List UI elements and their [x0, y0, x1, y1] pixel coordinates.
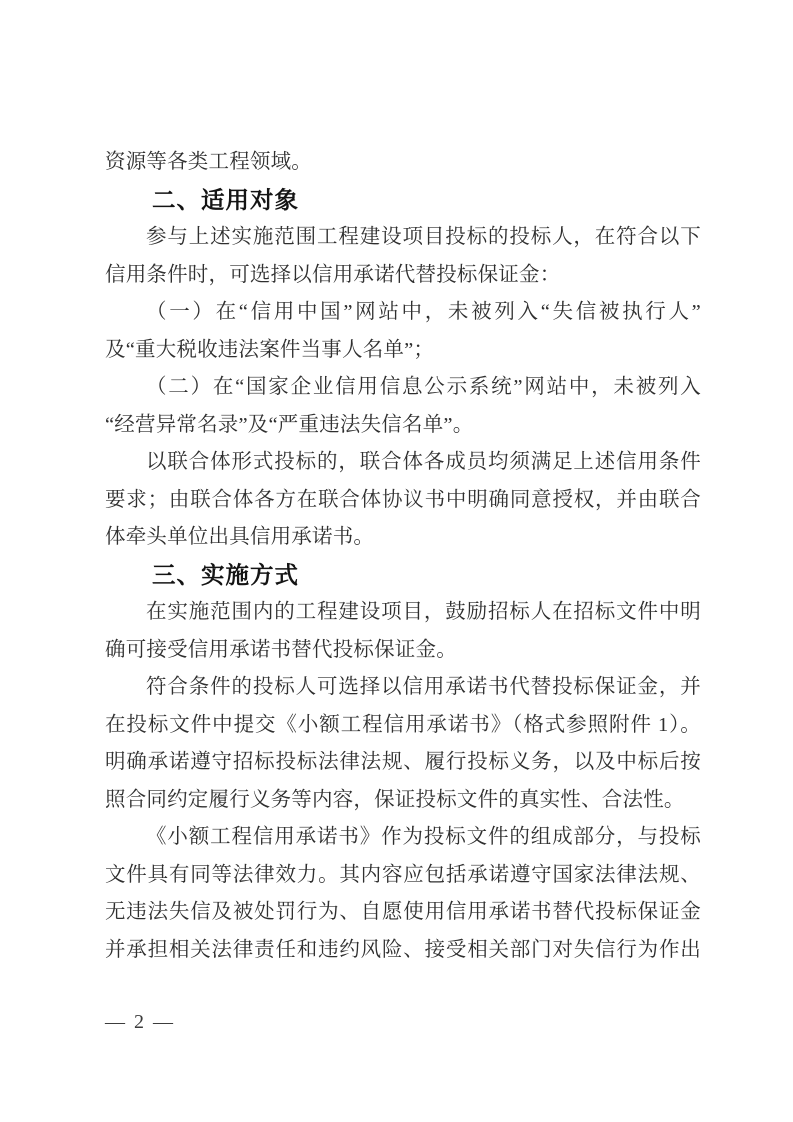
text-line: 符合条件的投标人可选择以信用承诺书代替投标保证金，并: [105, 669, 701, 707]
text-line: 要求；由联合体各方在联合体协议书中明确同意授权，并由联合: [105, 482, 701, 520]
text-line: 参与上述实施范围工程建设项目投标的投标人，在符合以下: [105, 219, 701, 257]
paragraph: 资源等各类工程领域。: [105, 144, 701, 182]
paragraph: 以联合体形式投标的，联合体各成员均须满足上述信用条件要求；由联合体各方在联合体协…: [105, 444, 701, 557]
text-line: 无违法失信及被处罚行为、自愿使用信用承诺书替代投标保证金: [105, 894, 701, 932]
paragraph: 参与上述实施范围工程建设项目投标的投标人，在符合以下信用条件时，可选择以信用承诺…: [105, 219, 701, 294]
text-line: 明确承诺遵守招标投标法律法规、履行投标义务，以及中标后按: [105, 744, 701, 782]
text-line: 以联合体形式投标的，联合体各成员均须满足上述信用条件: [105, 444, 701, 482]
text-line: （二）在“国家企业信用信息公示系统”网站中，未被列入: [105, 369, 701, 407]
document-page: 资源等各类工程领域。二、适用对象参与上述实施范围工程建设项目投标的投标人，在符合…: [0, 0, 793, 1122]
paragraph: （二）在“国家企业信用信息公示系统”网站中，未被列入“经营异常名录”及“严重违法…: [105, 369, 701, 444]
text-line: 体牵头单位出具信用承诺书。: [105, 519, 701, 557]
text-line: 在投标文件中提交《小额工程信用承诺书》（格式参照附件 1）。: [105, 707, 701, 745]
page-number: — 2 —: [105, 1006, 175, 1038]
text-line: 信用条件时，可选择以信用承诺代替投标保证金：: [105, 257, 701, 295]
document-body: 资源等各类工程领域。二、适用对象参与上述实施范围工程建设项目投标的投标人，在符合…: [105, 144, 701, 969]
section-heading: 三、实施方式: [105, 557, 701, 595]
section-heading: 二、适用对象: [105, 182, 701, 220]
text-line: 资源等各类工程领域。: [105, 144, 701, 182]
text-line: 并承担相关法律责任和违约风险、接受相关部门对失信行为作出: [105, 932, 701, 970]
text-line: （一）在“信用中国”网站中，未被列入“失信被执行人”: [105, 294, 701, 332]
paragraph: 《小额工程信用承诺书》作为投标文件的组成部分，与投标文件具有同等法律效力。其内容…: [105, 819, 701, 969]
text-line: 及“重大税收违法案件当事人名单”；: [105, 332, 701, 370]
text-line: 照合同约定履行义务等内容，保证投标文件的真实性、合法性。: [105, 782, 701, 820]
paragraph: 在实施范围内的工程建设项目，鼓励招标人在招标文件中明确可接受信用承诺书替代投标保…: [105, 594, 701, 669]
text-line: 文件具有同等法律效力。其内容应包括承诺遵守国家法律法规、: [105, 857, 701, 895]
text-line: 《小额工程信用承诺书》作为投标文件的组成部分，与投标: [105, 819, 701, 857]
text-line: 在实施范围内的工程建设项目，鼓励招标人在招标文件中明: [105, 594, 701, 632]
text-line: “经营异常名录”及“严重违法失信名单”。: [105, 407, 701, 445]
heading-text: 三、实施方式: [105, 557, 701, 595]
paragraph: 符合条件的投标人可选择以信用承诺书代替投标保证金，并在投标文件中提交《小额工程信…: [105, 669, 701, 819]
heading-text: 二、适用对象: [105, 182, 701, 220]
paragraph: （一）在“信用中国”网站中，未被列入“失信被执行人”及“重大税收违法案件当事人名…: [105, 294, 701, 369]
text-line: 确可接受信用承诺书替代投标保证金。: [105, 632, 701, 670]
